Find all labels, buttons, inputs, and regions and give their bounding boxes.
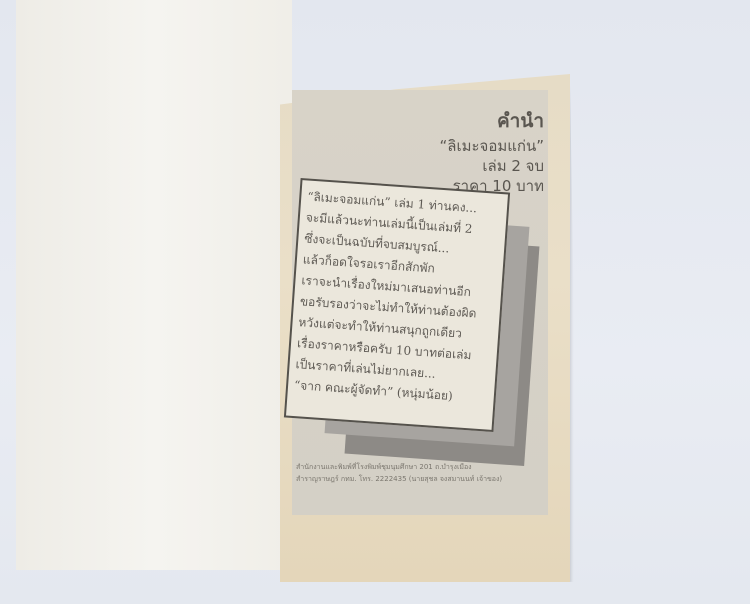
- footer-line: สำราญราษฎร์ กทม. โทร. 2222435 (นายสุชล จ…: [296, 473, 552, 485]
- left-blank-page: [16, 0, 292, 570]
- preface-title: คำนำ: [497, 106, 544, 136]
- preface-note-card: “ลิเมะจอมแก่น” เล่ม 1 ท่านคง... จะมีแล้ว…: [284, 178, 510, 432]
- footer-line: สำนักงานและพิมพ์ที่โรงพิมพ์ชุมนุมศึกษา 2…: [296, 461, 552, 473]
- publisher-footer: สำนักงานและพิมพ์ที่โรงพิมพ์ชุมนุมศึกษา 2…: [292, 461, 552, 485]
- printed-area: คำนำ “ลิเมะจอมแก่น” เล่ม 2 จบ ราคา 10 บา…: [292, 90, 548, 515]
